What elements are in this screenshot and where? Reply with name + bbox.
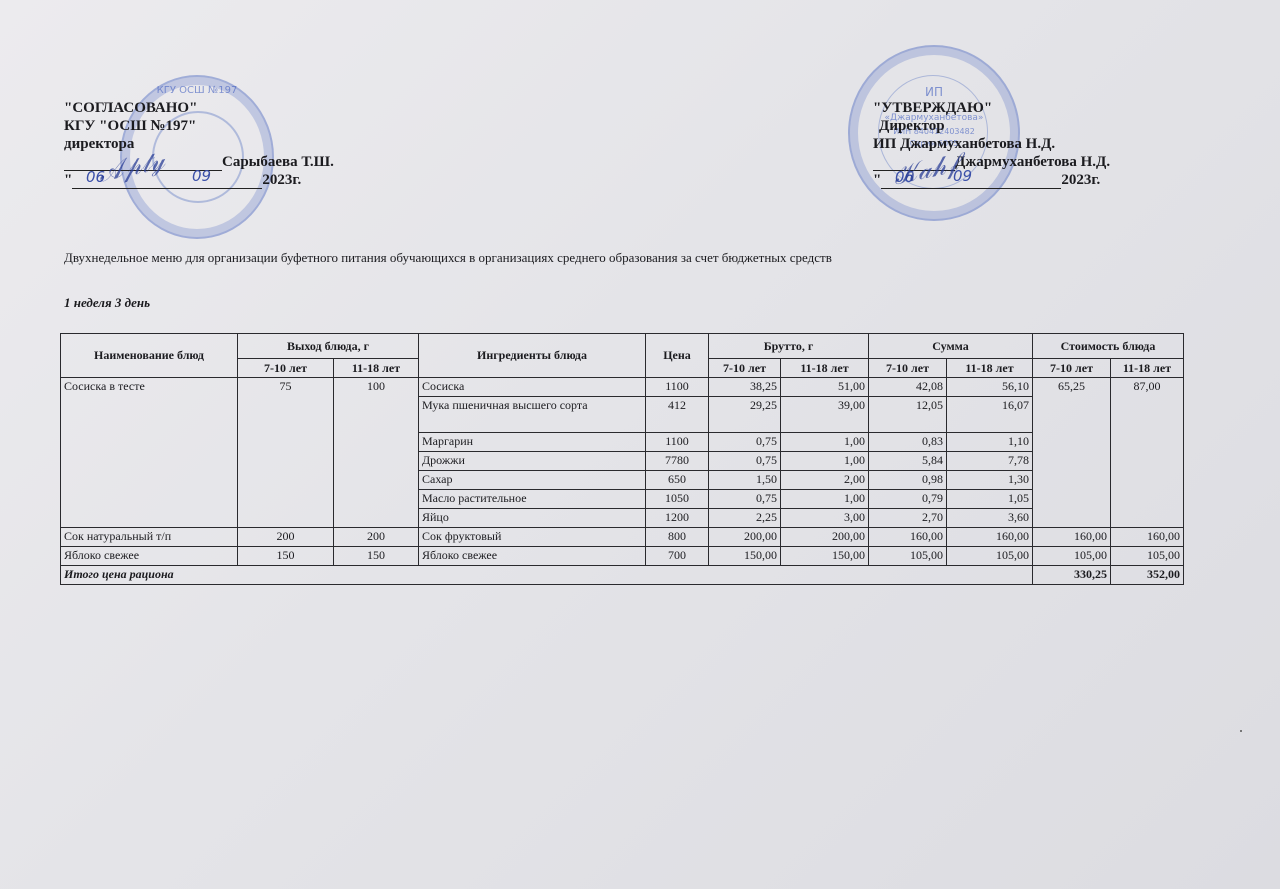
ingredient-sum-old: 7,78 <box>947 452 1033 471</box>
approval-right-heading: "УТВЕРЖДАЮ" <box>873 99 1110 117</box>
ingredient-price: 7780 <box>646 452 709 471</box>
table-row: Яблоко свежее 150 150 Яблоко свежее 700 … <box>61 547 1184 566</box>
approval-left-month: 09 <box>192 167 211 185</box>
dish-yield-old: 100 <box>334 378 419 528</box>
ingredient-sum-young: 0,83 <box>869 433 947 452</box>
table-total-row: Итого цена рациона 330,25 352,00 <box>61 566 1184 585</box>
ingredient-sum-old: 1,30 <box>947 471 1033 490</box>
ingredient-gross-young: 0,75 <box>709 452 781 471</box>
ingredient-name: Маргарин <box>419 433 646 452</box>
ingredient-gross-young: 29,25 <box>709 397 781 433</box>
ingredient-sum-old: 1,05 <box>947 490 1033 509</box>
ingredient-sum-young: 12,05 <box>869 397 947 433</box>
stamp-center-line-1: ИП <box>850 85 1018 99</box>
approval-left-role: директора <box>64 135 334 153</box>
ingredient-name: Яйцо <box>419 509 646 528</box>
total-label: Итого цена рациона <box>61 566 1033 585</box>
total-old: 352,00 <box>1111 566 1184 585</box>
dish-cost-old: 160,00 <box>1111 528 1184 547</box>
dish-cost-old: 87,00 <box>1111 378 1184 528</box>
date-quote: " <box>64 172 72 188</box>
header-yield: Выход блюда, г <box>238 334 419 359</box>
ingredient-gross-old: 200,00 <box>781 528 869 547</box>
header-sum-young: 7-10 лет <box>869 359 947 378</box>
header-price: Цена <box>646 334 709 378</box>
header-ingredients: Ингредиенты блюда <box>419 334 646 378</box>
ingredient-gross-old: 150,00 <box>781 547 869 566</box>
ingredient-gross-old: 1,00 <box>781 452 869 471</box>
ingredient-sum-young: 42,08 <box>869 378 947 397</box>
ingredient-sum-old: 1,10 <box>947 433 1033 452</box>
table-row: Сок натуральный т/п 200 200 Сок фруктовы… <box>61 528 1184 547</box>
dish-name: Сок натуральный т/п <box>61 528 238 547</box>
ingredient-price: 700 <box>646 547 709 566</box>
ingredient-gross-young: 38,25 <box>709 378 781 397</box>
dish-yield-young: 150 <box>238 547 334 566</box>
header-gross-young: 7-10 лет <box>709 359 781 378</box>
dish-yield-young: 75 <box>238 378 334 528</box>
dish-cost-young: 160,00 <box>1033 528 1111 547</box>
ingredient-gross-old: 1,00 <box>781 490 869 509</box>
approval-right-signer: Джармуханбетова Н.Д. <box>955 154 1110 170</box>
ingredient-price: 412 <box>646 397 709 433</box>
ingredient-name: Сок фруктовый <box>419 528 646 547</box>
header-dish-name: Наименование блюд <box>61 334 238 378</box>
document-title: Двухнедельное меню для организации буфет… <box>64 250 832 266</box>
ingredient-gross-young: 1,50 <box>709 471 781 490</box>
ingredient-sum-old: 3,60 <box>947 509 1033 528</box>
dish-cost-old: 105,00 <box>1111 547 1184 566</box>
header-cost-old: 11-18 лет <box>1111 359 1184 378</box>
menu-table: Наименование блюд Выход блюда, г Ингреди… <box>60 333 1184 585</box>
table-row: Сосиска в тесте 75 100 Сосиска 1100 38,2… <box>61 378 1184 397</box>
header-cost-young: 7-10 лет <box>1033 359 1111 378</box>
paper-speck <box>1240 730 1242 732</box>
ingredient-sum-young: 160,00 <box>869 528 947 547</box>
dish-name: Сосиска в тесте <box>61 378 238 528</box>
ingredient-gross-old: 1,00 <box>781 433 869 452</box>
ingredient-gross-old: 39,00 <box>781 397 869 433</box>
approval-left-signer: Сарыбаева Т.Ш. <box>222 154 334 170</box>
ingredient-price: 650 <box>646 471 709 490</box>
approval-left-org: КГУ "ОСШ №197" <box>64 117 334 135</box>
header-gross-old: 11-18 лет <box>781 359 869 378</box>
approval-left-heading: "СОГЛАСОВАНО" <box>64 99 334 117</box>
approval-right-role: Директор <box>873 117 1110 135</box>
ingredient-sum-young: 0,79 <box>869 490 947 509</box>
ingredient-price: 800 <box>646 528 709 547</box>
stamp-text: КГУ ОСШ №197 <box>122 85 272 96</box>
ingredient-price: 1050 <box>646 490 709 509</box>
header-sum: Сумма <box>869 334 1033 359</box>
ingredient-gross-old: 2,00 <box>781 471 869 490</box>
ingredient-sum-young: 2,70 <box>869 509 947 528</box>
ingredient-gross-old: 3,00 <box>781 509 869 528</box>
approval-right-org: ИП Джармуханбетова Н.Д. <box>873 135 1110 153</box>
ingredient-price: 1100 <box>646 433 709 452</box>
header-yield-old: 11-18 лет <box>334 359 419 378</box>
approval-left-year: 2023г. <box>262 172 301 188</box>
ingredient-sum-old: 16,07 <box>947 397 1033 433</box>
header-yield-young: 7-10 лет <box>238 359 334 378</box>
ingredient-gross-young: 200,00 <box>709 528 781 547</box>
ingredient-name: Мука пшеничная высшего сорта <box>419 397 646 433</box>
total-young: 330,25 <box>1033 566 1111 585</box>
dish-yield-young: 200 <box>238 528 334 547</box>
date-quote: " <box>873 172 881 188</box>
ingredient-name: Дрожжи <box>419 452 646 471</box>
ingredient-name: Яблоко свежее <box>419 547 646 566</box>
ingredient-gross-young: 0,75 <box>709 490 781 509</box>
ingredient-price: 1100 <box>646 378 709 397</box>
header-gross: Брутто, г <box>709 334 869 359</box>
ingredient-name: Масло растительное <box>419 490 646 509</box>
week-day-label: 1 неделя 3 день <box>64 295 150 311</box>
ingredient-name: Сосиска <box>419 378 646 397</box>
dish-name: Яблоко свежее <box>61 547 238 566</box>
dish-yield-old: 150 <box>334 547 419 566</box>
ingredient-name: Сахар <box>419 471 646 490</box>
ingredient-gross-young: 150,00 <box>709 547 781 566</box>
ingredient-sum-young: 105,00 <box>869 547 947 566</box>
dish-yield-old: 200 <box>334 528 419 547</box>
ingredient-sum-young: 5,84 <box>869 452 947 471</box>
ingredient-sum-old: 56,10 <box>947 378 1033 397</box>
ingredient-sum-old: 105,00 <box>947 547 1033 566</box>
ingredient-price: 1200 <box>646 509 709 528</box>
ingredient-gross-young: 0,75 <box>709 433 781 452</box>
dish-cost-young: 65,25 <box>1033 378 1111 528</box>
ingredient-gross-young: 2,25 <box>709 509 781 528</box>
dish-cost-young: 105,00 <box>1033 547 1111 566</box>
header-dish-cost: Стоимость блюда <box>1033 334 1184 359</box>
header-sum-old: 11-18 лет <box>947 359 1033 378</box>
table-header-row: Наименование блюд Выход блюда, г Ингреди… <box>61 334 1184 359</box>
ingredient-sum-young: 0,98 <box>869 471 947 490</box>
ingredient-sum-old: 160,00 <box>947 528 1033 547</box>
approval-right-year: 2023г. <box>1061 172 1100 188</box>
ingredient-gross-old: 51,00 <box>781 378 869 397</box>
